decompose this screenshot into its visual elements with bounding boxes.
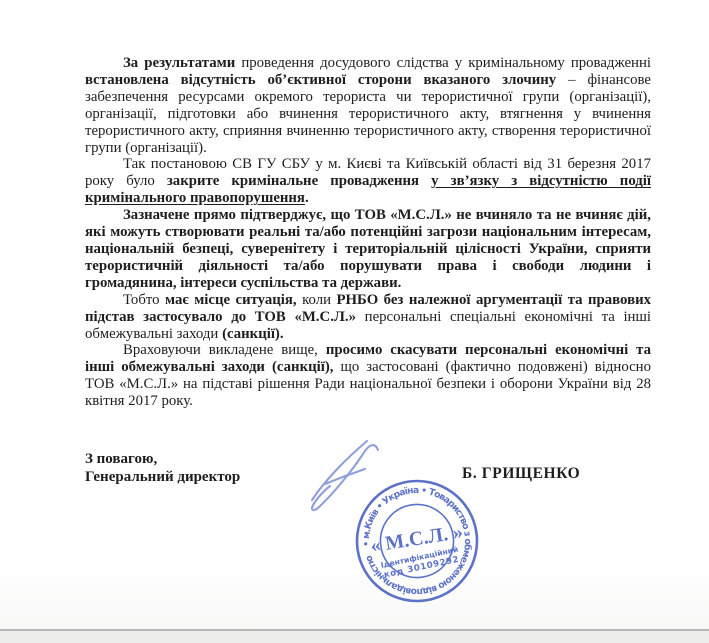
text-run: проведення досудового слідства у криміна… [241, 55, 651, 71]
scanned-letter-page: За результатами проведення досудового сл… [0, 0, 709, 643]
text-run: (санкції). [222, 326, 284, 342]
scan-edge-strip [0, 629, 709, 643]
text-run: Тобто [123, 292, 165, 308]
text-run: має місце ситуація, [165, 292, 302, 308]
text-run: коли [302, 292, 336, 308]
paragraph: Тобто має місце ситуація, коли РНБО без … [85, 292, 651, 343]
text-run: Зазначене прямо підтверджує, що ТОВ «М.С… [85, 207, 651, 291]
paragraph: Так постановою СВ ГУ СБУ у м. Києві та К… [85, 156, 651, 207]
text-run: Враховуючи викладене вище, [123, 342, 326, 358]
paragraph: Враховуючи викладене вище, просимо скасу… [85, 342, 651, 410]
page-background: За результатами проведення досудового сл… [0, 0, 709, 629]
paragraphs-container: За результатами проведення досудового сл… [85, 55, 651, 410]
signature-scribble [295, 428, 410, 518]
text-run: закрите кримінальне провадження [167, 173, 431, 189]
paragraph: Зазначене прямо підтверджує, що ТОВ «М.С… [85, 207, 651, 292]
text-run: . [305, 190, 309, 206]
text-run: За результатами [123, 55, 241, 71]
paragraph: За результатами проведення досудового сл… [85, 55, 651, 156]
text-run: встановлена відсутність об’єктивної стор… [85, 72, 556, 88]
